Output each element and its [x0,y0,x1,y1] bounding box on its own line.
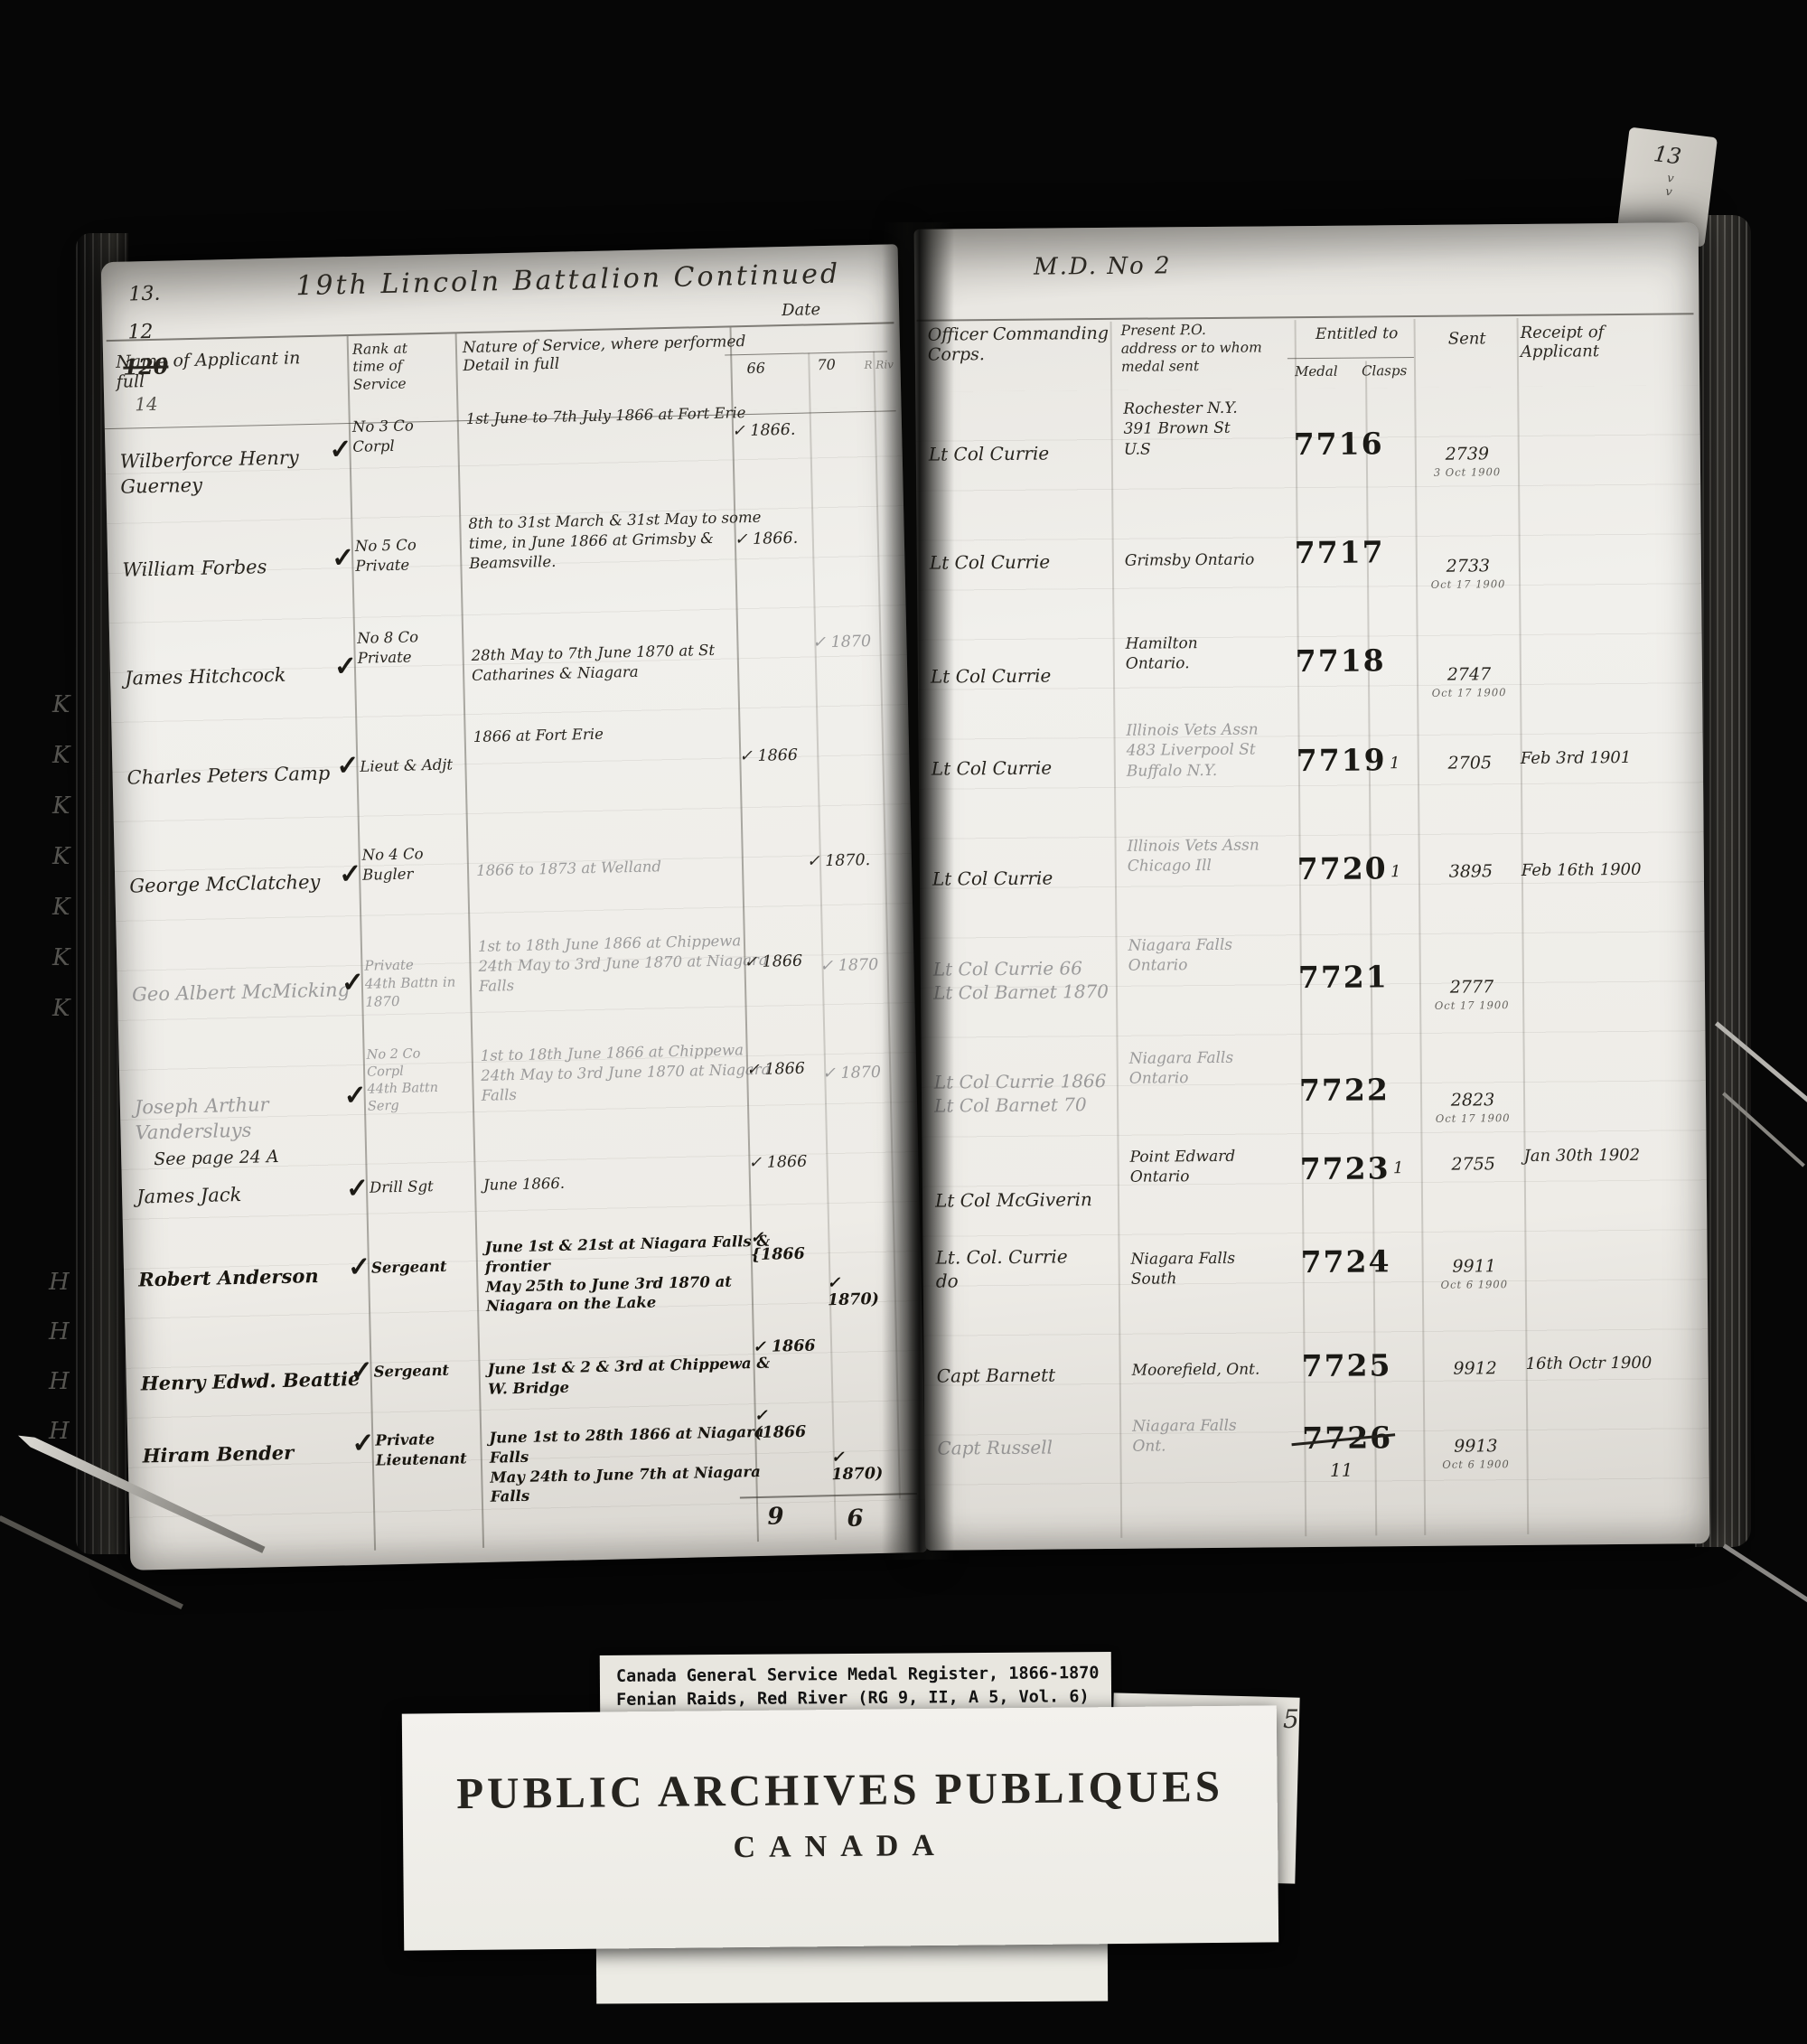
applicant-name: Hiram Bender [142,1439,369,1468]
sent-value: 2747 [1417,663,1521,687]
col-header-address: Present P.O. address or to whom medal se… [1121,320,1262,376]
sent-stamp: Oct 17 1900 [1416,577,1521,592]
service-detail: 1st to 18th June 1866 at Chippewa 24th M… [478,930,782,996]
sent-value: 2705 [1418,752,1522,775]
address: Niagara Falls South [1130,1248,1302,1290]
col-header-receipt: Receipt of Applicant [1521,323,1605,361]
applicant-name: William Forbes [122,553,349,583]
col-header-service: Nature of Service, where performed Detai… [463,333,746,375]
receipt-date [1518,434,1699,436]
register-row: Hiram Bender ✓ Private Lieutenant June 1… [126,1383,926,1518]
service-detail: June 1st & 21st at Niagara Falls & front… [484,1231,789,1317]
col-header-date-70: 70 [817,356,836,373]
sent-number: 2733Oct 17 1900 [1416,555,1521,592]
rank: Private Lieutenant [375,1429,486,1470]
sent-value: 2755 [1421,1153,1526,1177]
check-mark: ✓ [333,649,357,685]
address: Moorefield, Ont. [1132,1359,1304,1381]
service-detail: 28th May to 7th June 1870 at St Catharin… [471,639,774,685]
archives-card: PUBLIC ARCHIVES PUBLIQUES CANADA [402,1705,1278,1950]
sent-number: 2705 [1418,752,1522,775]
col-header-officer: Officer Commanding Corps. [928,323,1109,365]
officer-commanding: Lt Col McGiverin [935,1187,1127,1213]
archives-subtitle: CANADA [403,1825,1278,1868]
col-header-entitled: Entitled to [1298,324,1416,343]
date-1870: ✓ 1870) [831,1448,903,1484]
service-detail: 1st June to 7th July 1866 at Fort Erie [465,402,768,428]
officer-commanding: Lt Col Currie [932,755,1123,781]
clasps-value: 1 [1374,753,1416,774]
folio-number: 13. [128,283,161,306]
date-1870: ✓ 1870 [822,1063,894,1085]
clasps-value: 1 [1375,861,1417,883]
register-row: Lt Col Currie Rochester N.Y. 391 Brown S… [915,394,1700,519]
margin-letters-lower: H H H H [49,1258,70,1457]
date-1866: ✓ 1866. [732,419,812,442]
date-1866: ✓ 1866 [748,1151,829,1174]
col-header-rank: Rank at time of Service [352,341,408,394]
service-detail: 1st to 18th June 1866 at Chippewa 24th M… [480,1039,783,1105]
applicant-name: Henry Edwd. Beattie [141,1366,368,1396]
sent-stamp: 3 Oct 1900 [1415,465,1520,480]
receipt-date [1526,1428,1707,1430]
officer-commanding: Lt Col Currie [929,441,1120,466]
service-detail: 1866 at Fort Erie [473,720,775,746]
check-mark: ✓ [351,1426,375,1462]
medal-number: 7724 [1300,1242,1378,1281]
sent-stamp: Oct 17 1900 [1419,999,1524,1013]
register-row: Lt Col Currie 66 Lt Col Barnet 1870 Niag… [920,927,1705,1052]
date-1870: ✓ 1870) [827,1273,898,1309]
sent-value: 2733 [1416,555,1521,578]
medal-number: 7720 [1297,849,1375,888]
check-mark: ✓ [336,748,360,784]
medal-replacement-note: 11 [1314,1458,1370,1482]
rule [1287,357,1414,359]
check-mark: ✓ [346,1171,370,1207]
sent-number: 3895 [1418,860,1523,884]
service-detail: 8th to 31st March & 31st May to some tim… [468,507,772,573]
row-note: See page 24 A [154,1146,279,1171]
sent-stamp: Oct 6 1900 [1422,1278,1527,1292]
book-clasp [1723,1543,1807,1608]
register-row: Lt Col Currie Grimsby Ontario 7717 2733O… [916,502,1701,627]
officer-commanding: Lt. Col. Currie do [935,1244,1127,1294]
col-header-date: Date [782,300,821,320]
medal-number: 7723 [1300,1149,1378,1188]
date-1866: ✓ {1866 [750,1228,830,1264]
clasps-value: 1 [1378,1158,1419,1179]
rank: No 8 Co Private [357,626,468,668]
applicant-name: Robert Anderson [138,1262,365,1292]
address: Niagara Falls Ont. [1132,1415,1304,1458]
date-1866: ✓ 1866 [739,745,819,767]
applicant-name: Charles Peters Camp [126,761,353,791]
medal-number: 7721 [1298,957,1376,997]
address: Illinois Vets Assn 483 Liverpool St Buff… [1126,719,1298,782]
receipt-date [1522,967,1703,969]
archives-title: PUBLIC ARCHIVES PUBLIQUES [402,1759,1278,1819]
date-1866: ✓ 1866 [746,1058,827,1081]
page-title: 19th Lincoln Battalion Continued [295,258,857,302]
rank: No 3 Co Corpl [352,415,463,456]
address: Hamilton Ontario. [1126,633,1297,675]
rank: Drill Sgt [370,1176,480,1198]
address: Illinois Vets Assn Chicago Ill [1128,835,1299,877]
rank: Sergeant [371,1256,482,1279]
rank: No 5 Co Private [355,534,466,576]
rule [917,313,1694,322]
col-header-sent: Sent [1436,329,1499,349]
officer-commanding: Lt Col Currie [932,866,1124,891]
officer-commanding: Capt Barnett [937,1363,1128,1388]
sent-value: 9911 [1422,1255,1527,1279]
applicant-name: James Hitchcock [125,661,351,691]
receipt-date [1520,651,1700,652]
rule [725,351,887,355]
address: Grimsby Ontario [1125,549,1297,571]
check-mark: ✓ [332,540,355,577]
ink-mark: 5 [1283,1704,1299,1734]
page-title-right: M.D. No 2 [1034,252,1172,280]
address: Niagara Falls Ontario [1129,1047,1301,1090]
service-detail: June 1st to 28th 1866 at Niagara Falls M… [489,1421,793,1507]
corner-marks: v v [1664,172,1674,200]
date-1870: ✓ 1870. [807,850,878,873]
sent-value: 3895 [1418,860,1523,884]
date-1866: ✓ 1866. [735,528,815,550]
sent-number: 9911Oct 6 1900 [1422,1255,1527,1292]
margin-letters-upper: K K K K K K K [52,680,70,1034]
total-1866: 9 [767,1503,784,1530]
sent-number: 2755 [1421,1153,1526,1177]
date-1866: ✓ 1866 [753,1336,833,1358]
total-1870: 6 [847,1505,864,1532]
sent-value: 9913 [1423,1435,1528,1458]
address: Rochester N.Y. 391 Brown St U.S [1123,398,1296,460]
date-1866: ✓ (1866 [754,1406,835,1442]
rank: No 4 Co Bugler [361,843,473,885]
check-mark: ✓ [350,1354,373,1390]
col-header-date-66: 66 [746,360,765,377]
service-detail: June 1866. [483,1168,786,1195]
col-header-date-redriver: R Riv [864,358,894,371]
check-mark: ✓ [339,857,362,893]
sent-stamp: Oct 6 1900 [1424,1458,1529,1472]
rank: Private 44th Battn in 1870 [364,955,475,1011]
rank: Sergeant [373,1360,483,1383]
applicant-name: George McClatchey [129,869,356,899]
sent-value: 9912 [1423,1357,1528,1381]
sent-number: 9913Oct 6 1900 [1423,1435,1528,1472]
officer-commanding: Capt Russell [937,1435,1128,1460]
sent-value: 2777 [1419,976,1524,999]
medal-number: 7719 [1297,740,1374,780]
col-header-clasps: Clasps [1362,362,1407,379]
date-1870: ✓ 1870 [812,632,884,654]
page-number-right: 13 [1653,141,1683,170]
receipt-date [1523,1080,1704,1082]
sent-number: 27393 Oct 1900 [1415,443,1520,480]
receipt-date [1519,542,1699,544]
applicant-name: James Jack [136,1180,363,1210]
medal-number: 7716 [1294,424,1372,464]
officer-commanding: Lt Col Currie [931,663,1122,689]
receipt-date: Jan 30th 1902 [1524,1144,1705,1167]
sent-stamp: Oct 17 1900 [1417,686,1521,700]
check-mark: ✓ [341,965,364,1001]
applicant-name: Geo Albert McMicking [132,978,359,1008]
service-detail: 1866 to 1873 at Welland [476,854,779,880]
medal-number: 7717 [1295,532,1372,572]
date-1870: ✓ 1870 [819,955,891,978]
caption-line-1: Canada General Service Medal Register, 1… [616,1662,1111,1689]
applicant-name: Wilberforce Henry Guerney [119,445,346,500]
register-row: Lt Col Currie Illinois Vets Assn 483 Liv… [918,710,1703,835]
sent-number: 9912 [1423,1357,1528,1381]
medal-number: 7725 [1301,1345,1379,1385]
officer-commanding: Lt Col Currie 66 Lt Col Barnet 1870 [933,956,1125,1006]
register-row: Capt Russell Niagara Falls Ont. 7726 11 … [924,1388,1709,1513]
archival-register-scan: 13 v v K K K K K K K H H H H 13. 12 120 … [0,0,1807,2044]
col-header-medal: Medal [1295,363,1338,380]
medal-number: 7718 [1296,641,1373,680]
register-left-page: 13. 12 120 14 19th Lincoln Battalion Con… [101,244,928,1571]
check-mark: ✓ [329,432,352,468]
address: Niagara Falls Ontario [1128,934,1299,977]
date-1866: ✓ 1866 [744,951,824,973]
sent-number: 2747Oct 17 1900 [1417,663,1521,700]
medal-number-struck: 7726 [1302,1418,1380,1458]
rank: Lieut & Adjt [360,755,470,777]
receipt-date: 16th Octr 1900 [1526,1352,1707,1374]
officer-commanding: Lt Col Currie [930,549,1121,575]
address: Point Edward Ontario [1130,1146,1302,1188]
col-header-name: Name of Applicant in full [116,348,301,392]
register-right-page: M.D. No 2 Officer Commanding Corps. Pres… [914,222,1710,1551]
receipt-date: Feb 3rd 1901 [1521,746,1701,769]
sent-number: 2777Oct 17 1900 [1419,976,1524,1013]
receipt-date [1525,1252,1706,1253]
receipt-date: Feb 16th 1900 [1521,858,1702,881]
register-row: Lt Col Currie Illinois Vets Assn Chicago… [919,819,1704,943]
check-mark: ✓ [348,1250,371,1286]
sent-value: 2739 [1415,443,1520,466]
